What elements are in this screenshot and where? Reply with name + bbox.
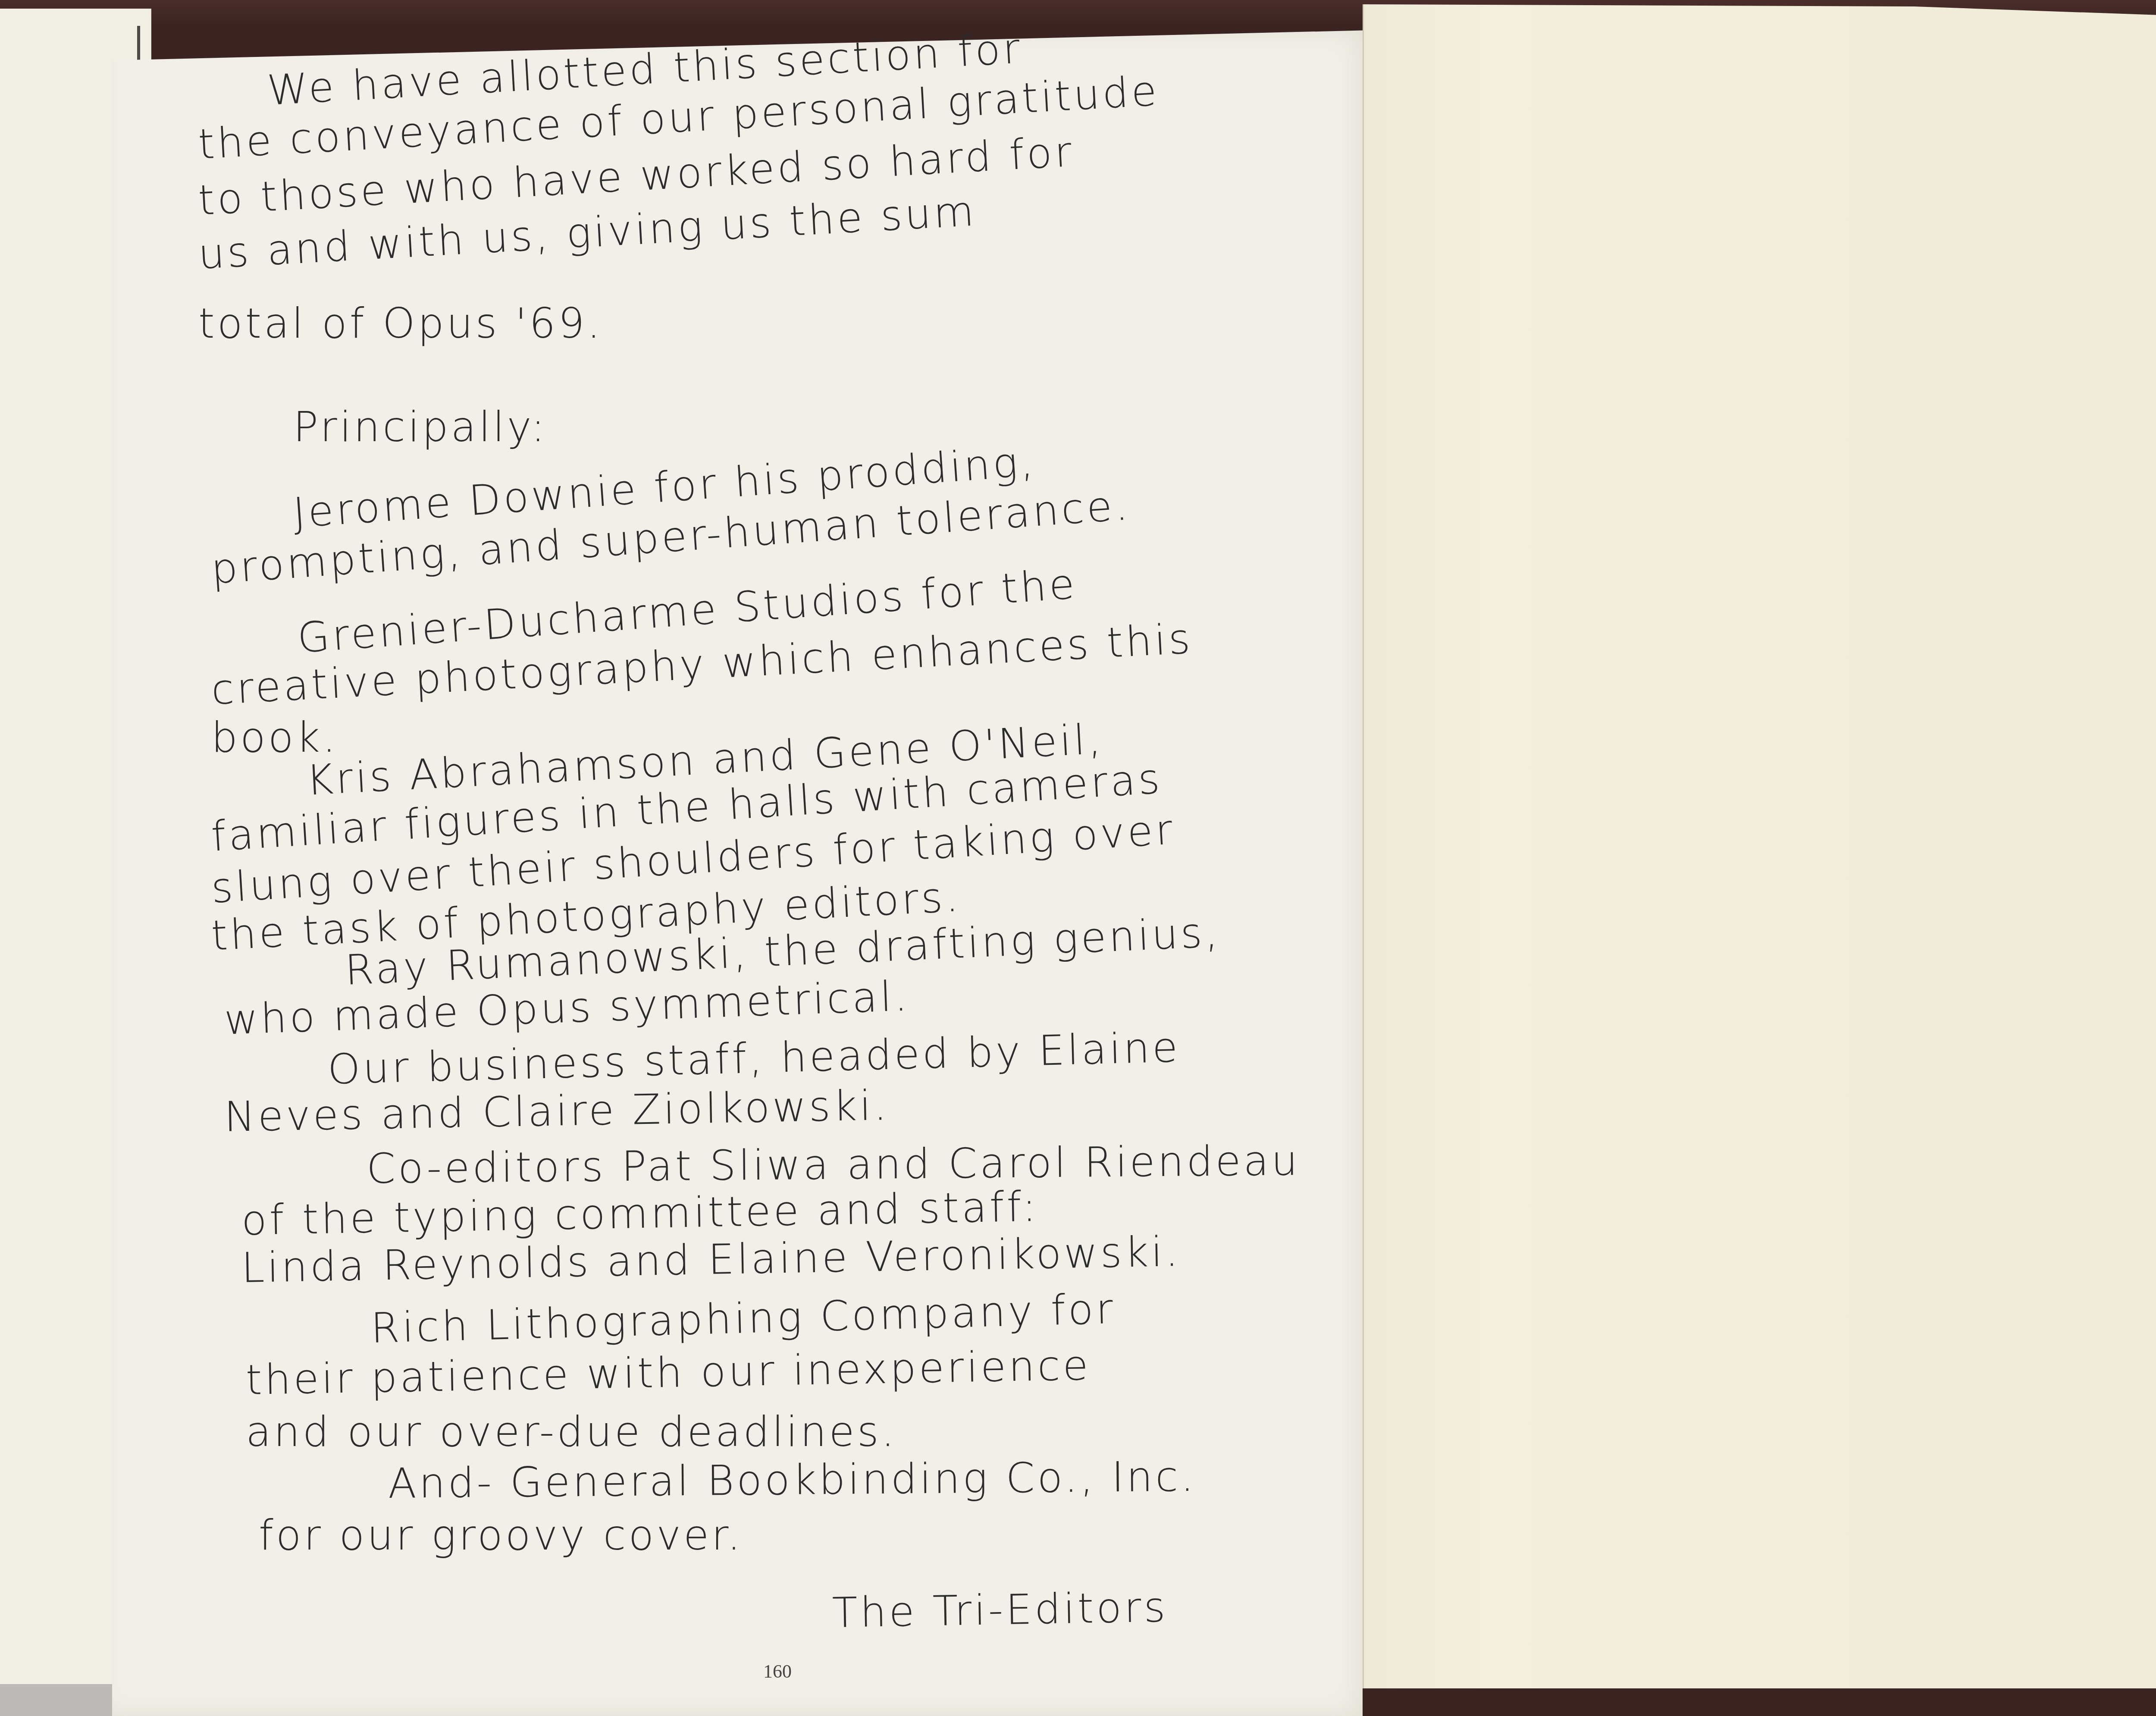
text-line: total of Opus '69. [198,298,603,349]
text-line: and our over-due deadlines. [246,1406,897,1458]
section-heading: Principally: [293,401,548,453]
text-line-opus-69: total of Opus '69. [198,299,603,348]
signature: The Tri-Editors [832,1581,1168,1639]
page-number: 160 [763,1660,792,1682]
text-line: for our groovy cover. [259,1509,743,1561]
right-page-blank [1363,4,2156,1691]
text-line: And- General Bookbinding Co., Inc. [388,1451,1196,1509]
book-cover-bottom [1363,1688,2156,1716]
